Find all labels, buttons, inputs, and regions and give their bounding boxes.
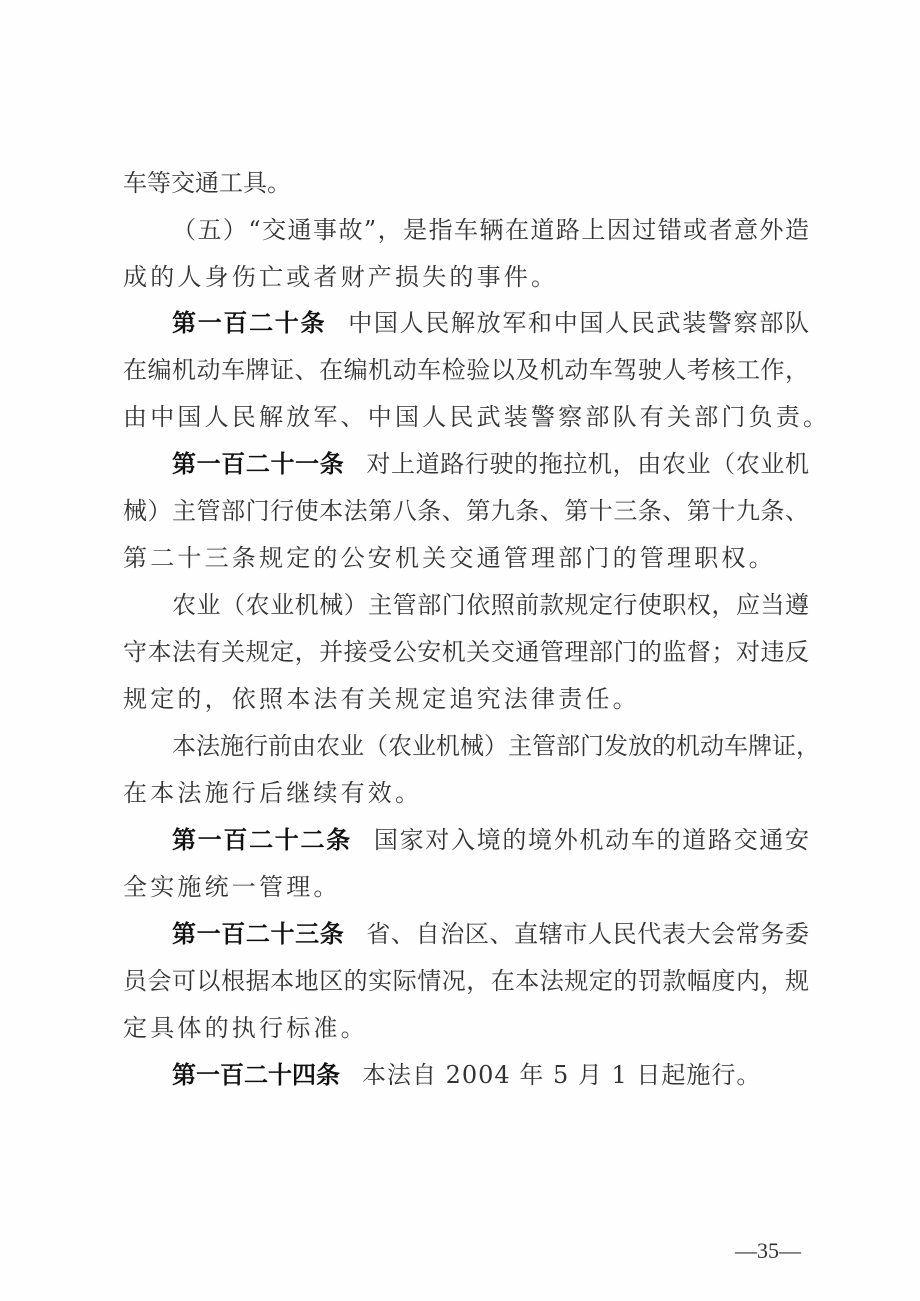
paragraph-line: 规定的，依照本法有关规定追究法律责任。 [123, 684, 809, 714]
body-text: 在本法施行后继续有效。 [123, 779, 422, 807]
paragraph-line: 定具体的执行标准。 [123, 1013, 809, 1043]
document-page: 车等交通工具。 （五）“交通事故”，是指车辆在道路上因过错或者意外造 成的人身伤… [0, 0, 920, 1301]
body-text: （五）“交通事故”，是指车辆在道路上因过错或者意外造 [172, 216, 809, 244]
paragraph-line: 全实施统一管理。 [123, 872, 809, 902]
body-text: 守本法有关规定，并接受公安机关交通管理部门的监督；对违反 [123, 638, 809, 666]
body-text: 全实施统一管理。 [123, 873, 341, 901]
paragraph-line: （五）“交通事故”，是指车辆在道路上因过错或者意外造 [172, 215, 809, 245]
article-number: 第一百二十四条 [172, 1061, 340, 1089]
body-text: 由中国人民解放军、中国人民武装警察部队有关部门负责。 [123, 403, 830, 431]
body-text: 中国人民解放军和中国人民武装警察部队 [348, 309, 809, 337]
article-heading-line: 第一百二十三条省、自治区、直辖市人民代表大会常务委 [172, 919, 809, 949]
body-text: 在编机动车牌证、在编机动车检验以及机动车驾驶人考核工作， [123, 356, 809, 384]
article-number: 第一百二十三条 [172, 920, 344, 948]
article-heading-line: 第一百二十一条对上道路行驶的拖拉机，由农业（农业机 [172, 449, 809, 479]
paragraph-line: 成的人身伤亡或者财产损失的事件。 [123, 262, 809, 292]
paragraph-line: 员会可以根据本地区的实际情况，在本法规定的罚款幅度内，规 [123, 966, 809, 996]
body-text: 成的人身伤亡或者财产损失的事件。 [123, 263, 558, 291]
body-text: 械）主管部门行使本法第八条、第九条、第十三条、第十九条、 [123, 497, 809, 525]
page-number: —35— [735, 1238, 801, 1264]
body-text: 第二十三条规定的公安机关交通管理部门的管理职权。 [123, 544, 776, 572]
body-text: 本法施行前由农业（农业机械）主管部门发放的机动车牌证， [172, 732, 820, 760]
body-text: 省、自治区、直辖市人民代表大会常务委 [366, 920, 809, 948]
article-heading-line: 第一百二十条中国人民解放军和中国人民武装警察部队 [172, 308, 809, 338]
paragraph-line: 车等交通工具。 [123, 168, 291, 198]
article-number: 第一百二十条 [172, 309, 326, 337]
body-text: 本法自 2004 年 5 月 1 日起施行。 [362, 1061, 761, 1089]
body-text: 农业（农业机械）主管部门依照前款规定行使职权，应当遵 [172, 591, 809, 619]
paragraph-line: 第二十三条规定的公安机关交通管理部门的管理职权。 [123, 543, 809, 573]
article-number: 第一百二十二条 [172, 826, 352, 854]
body-text: 规定的，依照本法有关规定追究法律责任。 [123, 685, 640, 713]
paragraph-line: 在本法施行后继续有效。 [123, 778, 809, 808]
body-text: 员会可以根据本地区的实际情况，在本法规定的罚款幅度内，规 [123, 967, 809, 995]
paragraph-line: 械）主管部门行使本法第八条、第九条、第十三条、第十九条、 [123, 496, 809, 526]
paragraph-line: 守本法有关规定，并接受公安机关交通管理部门的监督；对违反 [123, 637, 809, 667]
paragraph-line: 由中国人民解放军、中国人民武装警察部队有关部门负责。 [123, 402, 809, 432]
article-heading-line: 第一百二十四条本法自 2004 年 5 月 1 日起施行。 [172, 1060, 809, 1090]
body-text: 国家对入境的境外机动车的道路交通安 [374, 826, 809, 854]
body-text: 对上道路行驶的拖拉机，由农业（农业机 [366, 450, 809, 478]
paragraph-line: 农业（农业机械）主管部门依照前款规定行使职权，应当遵 [172, 590, 809, 620]
body-text: 车等交通工具。 [123, 169, 291, 197]
paragraph-line: 在编机动车牌证、在编机动车检验以及机动车驾驶人考核工作， [123, 355, 809, 385]
paragraph-line: 本法施行前由农业（农业机械）主管部门发放的机动车牌证， [172, 731, 809, 761]
article-number: 第一百二十一条 [172, 450, 344, 478]
body-text: 定具体的执行标准。 [123, 1014, 368, 1042]
article-heading-line: 第一百二十二条国家对入境的境外机动车的道路交通安 [172, 825, 809, 855]
